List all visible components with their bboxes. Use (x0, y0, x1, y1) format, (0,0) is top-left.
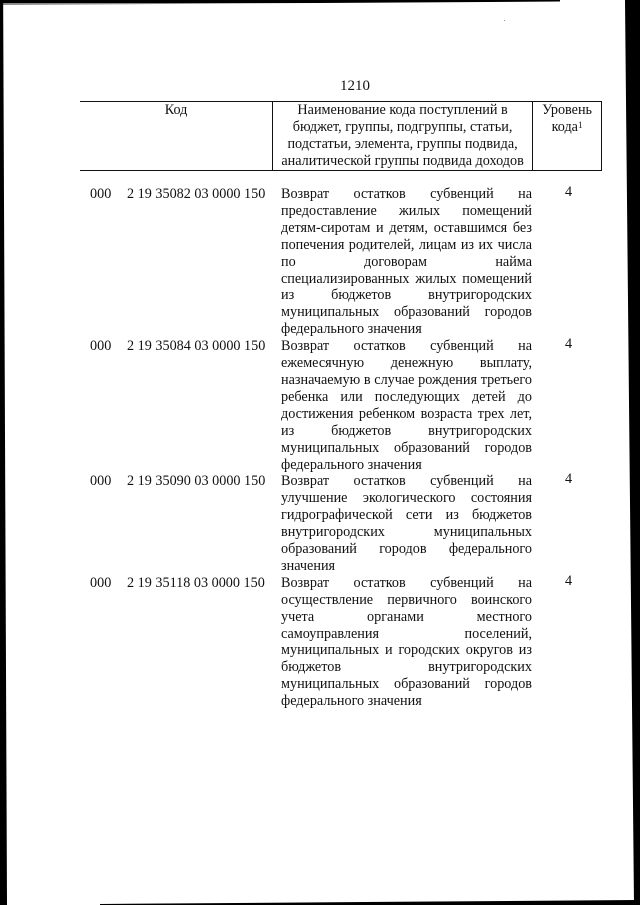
header-level: Уровень кода1 (533, 102, 602, 171)
table-row: 000 2 19 35082 03 0000 150 Возврат остат… (0, 186, 640, 338)
scan-edge-top (0, 0, 560, 5)
table-row: 000 2 19 35118 03 0000 150 Возврат остат… (0, 575, 640, 710)
table-row: 000 2 19 35084 03 0000 150 Возврат остат… (0, 338, 640, 473)
admin-code: 000 (90, 473, 111, 490)
code-level: 4 (565, 336, 572, 353)
footnote-marker: 1 (578, 120, 583, 130)
header-name: Наименование кода поступлений в бюджет, … (273, 102, 533, 171)
code-description: Возврат остатков субвенций на ежемесячну… (281, 338, 532, 473)
budget-code: 2 19 35118 03 0000 150 (127, 575, 265, 592)
admin-code: 000 (90, 186, 111, 203)
admin-code: 000 (90, 338, 111, 355)
code-level: 4 (565, 471, 572, 488)
header-row: Код Наименование кода поступлений в бюдж… (80, 102, 602, 171)
budget-code: 2 19 35082 03 0000 150 (127, 186, 265, 203)
scan-speck (504, 20, 505, 21)
scan-edge-bottom (100, 900, 640, 905)
code-description: Возврат остатков субвенций на осуществле… (281, 575, 532, 710)
table-row: 000 2 19 35090 03 0000 150 Возврат остат… (0, 473, 640, 574)
code-description: Возврат остатков субвенций на улучшение … (281, 473, 532, 574)
table-body: 000 2 19 35082 03 0000 150 Возврат остат… (0, 186, 640, 710)
budget-code: 2 19 35090 03 0000 150 (127, 473, 265, 490)
admin-code: 000 (90, 575, 111, 592)
code-level: 4 (565, 573, 572, 590)
header-level-label: Уровень кода (542, 102, 592, 135)
code-level: 4 (565, 184, 572, 201)
header-code: Код (80, 102, 273, 171)
page-number: 1210 (0, 78, 640, 95)
code-description: Возврат остатков субвенций на предоставл… (281, 186, 532, 338)
table-header: Код Наименование кода поступлений в бюдж… (80, 101, 602, 171)
budget-code: 2 19 35084 03 0000 150 (127, 338, 265, 355)
